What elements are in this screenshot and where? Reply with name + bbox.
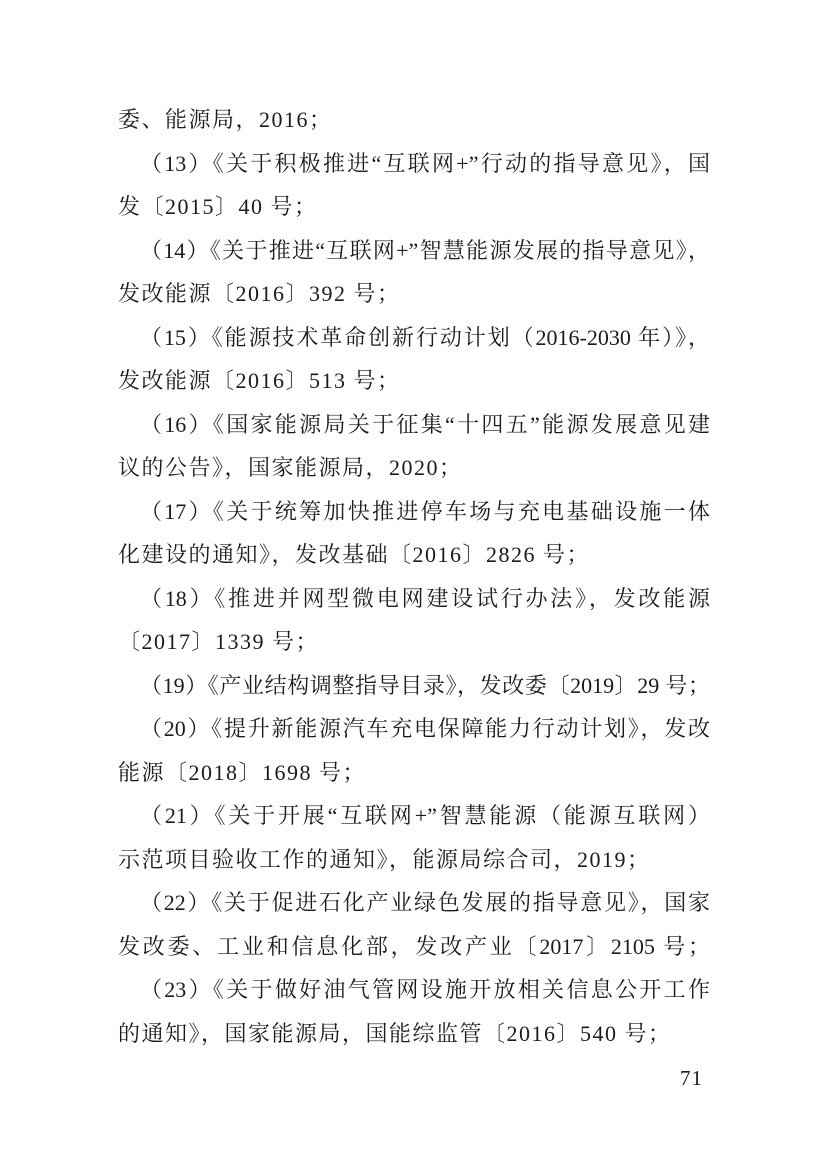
document-line: （15）《能源技术革命创新行动计划（2016-2030 年）》， <box>118 316 710 360</box>
document-line: 〔2017〕1339 号； <box>118 620 710 664</box>
document-line: （23）《关于做好油气管网设施开放相关信息公开工作 <box>118 968 710 1012</box>
document-page: 委、能源局，2016； （13）《关于积极推进“互联网+”行动的指导意见》，国 … <box>0 0 826 1169</box>
document-line: （16）《国家能源局关于征集“十四五”能源发展意见建 <box>118 403 710 447</box>
document-line: 能源〔2018〕1698 号； <box>118 751 710 795</box>
document-line: （21）《关于开展“互联网+”智慧能源（能源互联网） <box>118 794 710 838</box>
document-body: 委、能源局，2016； （13）《关于积极推进“互联网+”行动的指导意见》，国 … <box>118 98 710 1055</box>
document-line: 发〔2015〕40 号； <box>118 185 710 229</box>
document-line: （17）《关于统筹加快推进停车场与充电基础设施一体 <box>118 490 710 534</box>
document-line: 委、能源局，2016； <box>118 98 710 142</box>
document-line: （18）《推进并网型微电网建设试行办法》，发改能源 <box>118 577 710 621</box>
document-line: 议的公告》，国家能源局，2020； <box>118 446 710 490</box>
document-line: 化建设的通知》，发改基础〔2016〕2826 号； <box>118 533 710 577</box>
document-line: 示范项目验收工作的通知》，能源局综合司，2019； <box>118 838 710 882</box>
document-line: 发改委、工业和信息化部，发改产业〔2017〕2105 号； <box>118 925 710 969</box>
document-line: （14）《关于推进“互联网+”智慧能源发展的指导意见》， <box>118 229 710 273</box>
document-line: 发改能源〔2016〕392 号； <box>118 272 710 316</box>
document-line: 的通知》，国家能源局，国能综监管〔2016〕540 号； <box>118 1012 710 1056</box>
document-line: （22）《关于促进石化产业绿色发展的指导意见》，国家 <box>118 881 710 925</box>
document-line: （19）《产业结构调整指导目录》，发改委〔2019〕29 号； <box>118 664 710 708</box>
document-line: （20）《提升新能源汽车充电保障能力行动计划》，发改 <box>118 707 710 751</box>
document-line: （13）《关于积极推进“互联网+”行动的指导意见》，国 <box>118 142 710 186</box>
page-number: 71 <box>680 1066 703 1091</box>
document-line: 发改能源〔2016〕513 号； <box>118 359 710 403</box>
